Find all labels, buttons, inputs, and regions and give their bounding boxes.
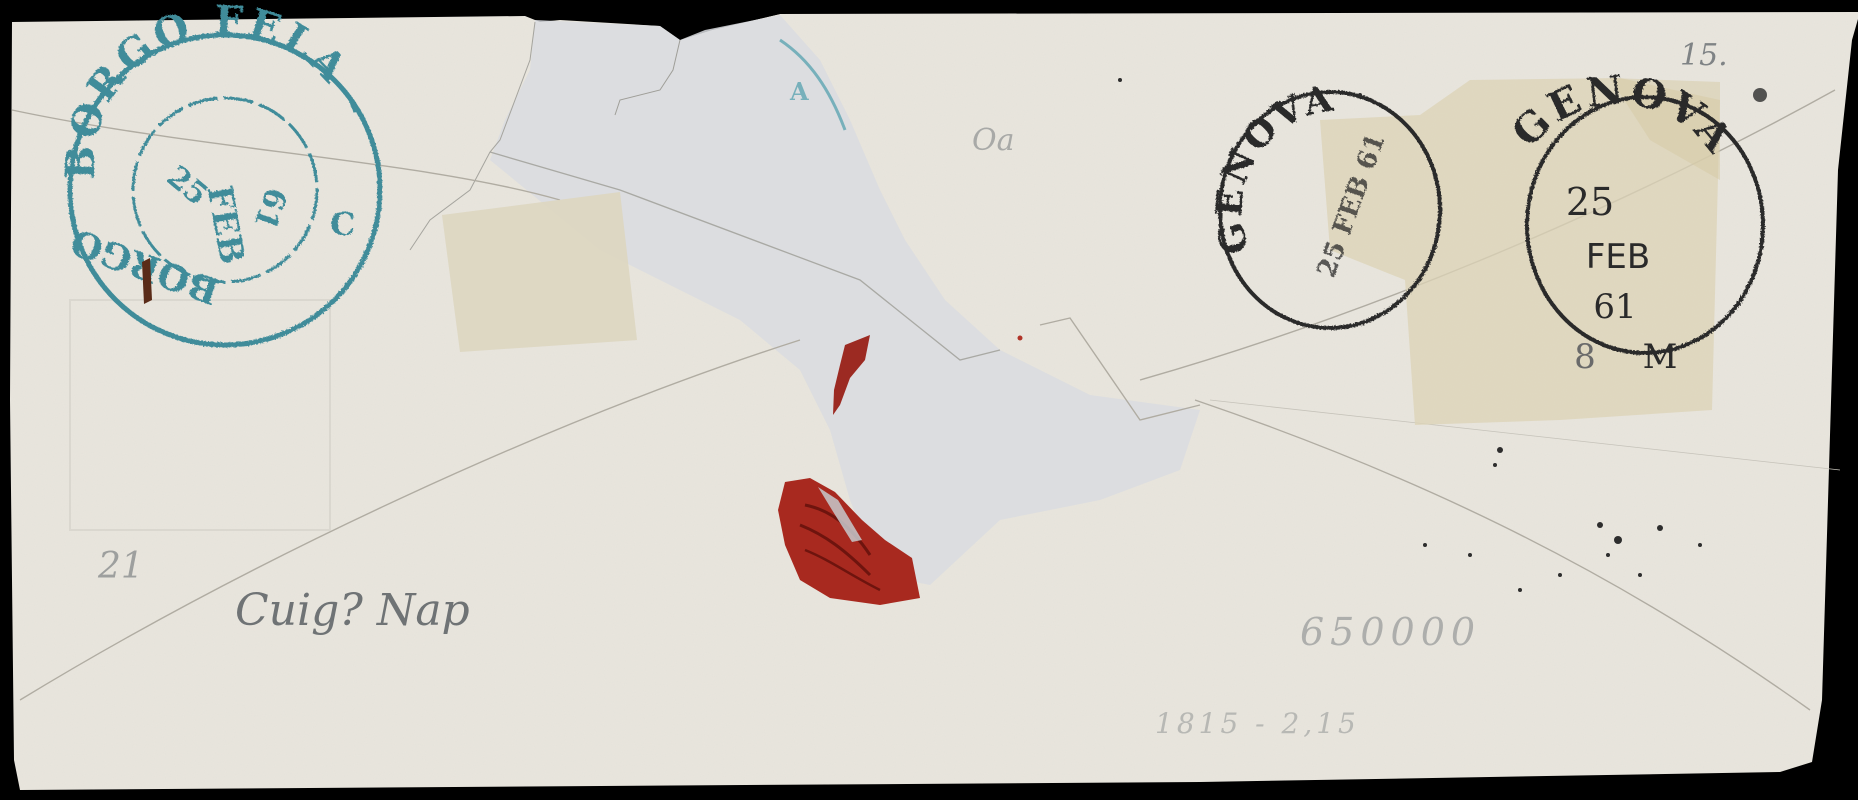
svg-text:A: A bbox=[789, 77, 809, 106]
pencil-notation-bottom: 1815 - 2,15 bbox=[1155, 707, 1360, 740]
pencil-mark-top-center: Oa bbox=[972, 123, 1014, 158]
borgo-side-letter: C bbox=[330, 205, 355, 243]
pencil-number-left: 21 bbox=[97, 546, 144, 587]
envelope-photo: BORGO FELA - GENOVA C 25 FEB 61 BORGO A … bbox=[0, 0, 1858, 800]
envelope-graphic: BORGO FELA - GENOVA C 25 FEB 61 BORGO A … bbox=[0, 0, 1858, 800]
genova2-month: FEB bbox=[1586, 237, 1650, 277]
genova2-hour: 8 bbox=[1574, 337, 1596, 377]
pencil-number-bottom-right: 650000 bbox=[1300, 610, 1481, 654]
pencil-number-top-right: 15. bbox=[1680, 38, 1728, 73]
pencil-signature: Cuig? Nap bbox=[235, 585, 470, 636]
genova2-day: 25 bbox=[1566, 180, 1614, 224]
genova2-year: 61 bbox=[1593, 287, 1636, 327]
genova2-ampm: M bbox=[1643, 337, 1678, 377]
